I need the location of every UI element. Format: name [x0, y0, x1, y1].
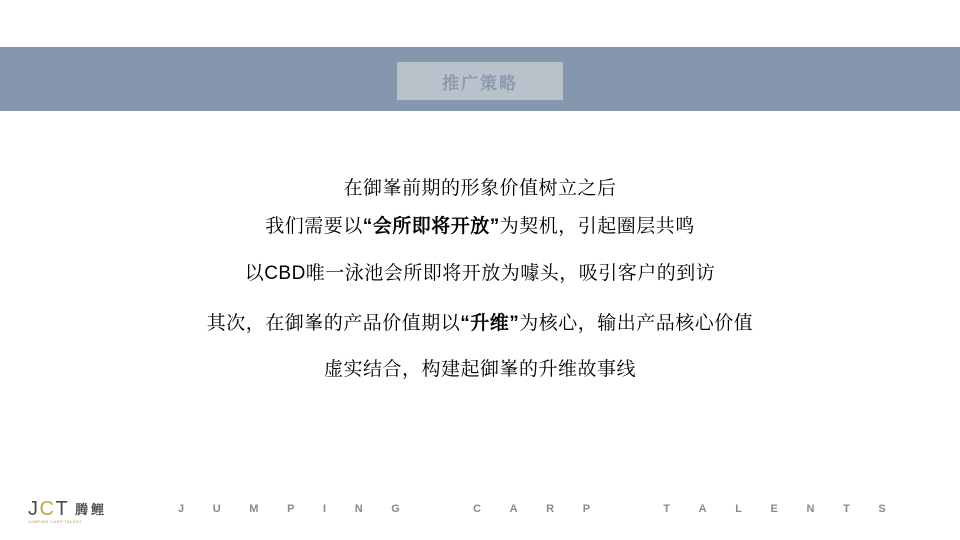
footer-letter: P	[583, 503, 590, 515]
page-title: 推广策略	[397, 62, 563, 100]
logo-letter-j: J	[28, 498, 40, 520]
footer-letter: J	[178, 503, 184, 515]
footer-letter: C	[473, 503, 481, 515]
body-line: 虚实结合，构建起御峯的升维故事线	[0, 357, 960, 383]
footer-letter: L	[735, 503, 742, 515]
footer-letter: P	[287, 503, 294, 515]
footer-spaced-letters: JUMPINGCARPTALENTS	[178, 503, 886, 515]
company-logo: JCT腾鲤 JUMPING CARP TALENT	[28, 499, 107, 524]
footer-letter: G	[391, 503, 400, 515]
footer-letter: A	[510, 503, 518, 515]
footer-letter: I	[323, 503, 326, 515]
footer-letter: E	[771, 503, 778, 515]
body-line: 以CBD唯一泳池会所即将开放为噱头，吸引客户的到访	[0, 261, 960, 287]
logo-tagline: JUMPING CARP TALENT	[28, 520, 107, 524]
footer-letter: N	[355, 503, 363, 515]
line-text: 其次，在御峯的产品价值期以	[207, 313, 461, 334]
footer-letter: M	[249, 503, 258, 515]
page-title-label: 推广策略	[442, 69, 518, 94]
line-text: 为核心，输出产品核心价值	[519, 313, 753, 334]
footer-letter: T	[843, 503, 850, 515]
footer-letter: R	[546, 503, 554, 515]
footer-letter: U	[213, 503, 221, 515]
line-text: 我们需要以	[265, 216, 363, 237]
footer-letter: S	[878, 503, 885, 515]
body-line: 其次，在御峯的产品价值期以“升维”为核心，输出产品核心价值	[0, 311, 960, 337]
header-band: 推广策略	[0, 47, 960, 111]
line-emphasis: “升维”	[460, 313, 519, 334]
logo-letter-c: C	[40, 498, 56, 520]
logo-cn-name: 腾鲤	[75, 503, 107, 516]
footer-letter: A	[699, 503, 707, 515]
line-emphasis: “会所即将开放”	[363, 216, 500, 237]
logo-letter-t: T	[55, 498, 69, 520]
line-text: 虚实结合，构建起御峯的升维故事线	[324, 359, 636, 380]
body-line: 在御峯前期的形象价值树立之后	[0, 176, 960, 202]
logo-letters: JCT	[28, 499, 69, 519]
body-line: 我们需要以“会所即将开放”为契机，引起圈层共鸣	[0, 214, 960, 240]
line-text: 在御峯前期的形象价值树立之后	[343, 178, 616, 199]
body-text-block: 在御峯前期的形象价值树立之后 我们需要以“会所即将开放”为契机，引起圈层共鸣 以…	[0, 176, 960, 383]
logo-wordmark: JCT腾鲤	[28, 499, 107, 519]
line-text: 为契机，引起圈层共鸣	[500, 216, 695, 237]
footer-letter: N	[807, 503, 815, 515]
line-text: 以CBD唯一泳池会所即将开放为噱头，吸引客户的到访	[245, 263, 716, 284]
footer-letter: T	[663, 503, 670, 515]
